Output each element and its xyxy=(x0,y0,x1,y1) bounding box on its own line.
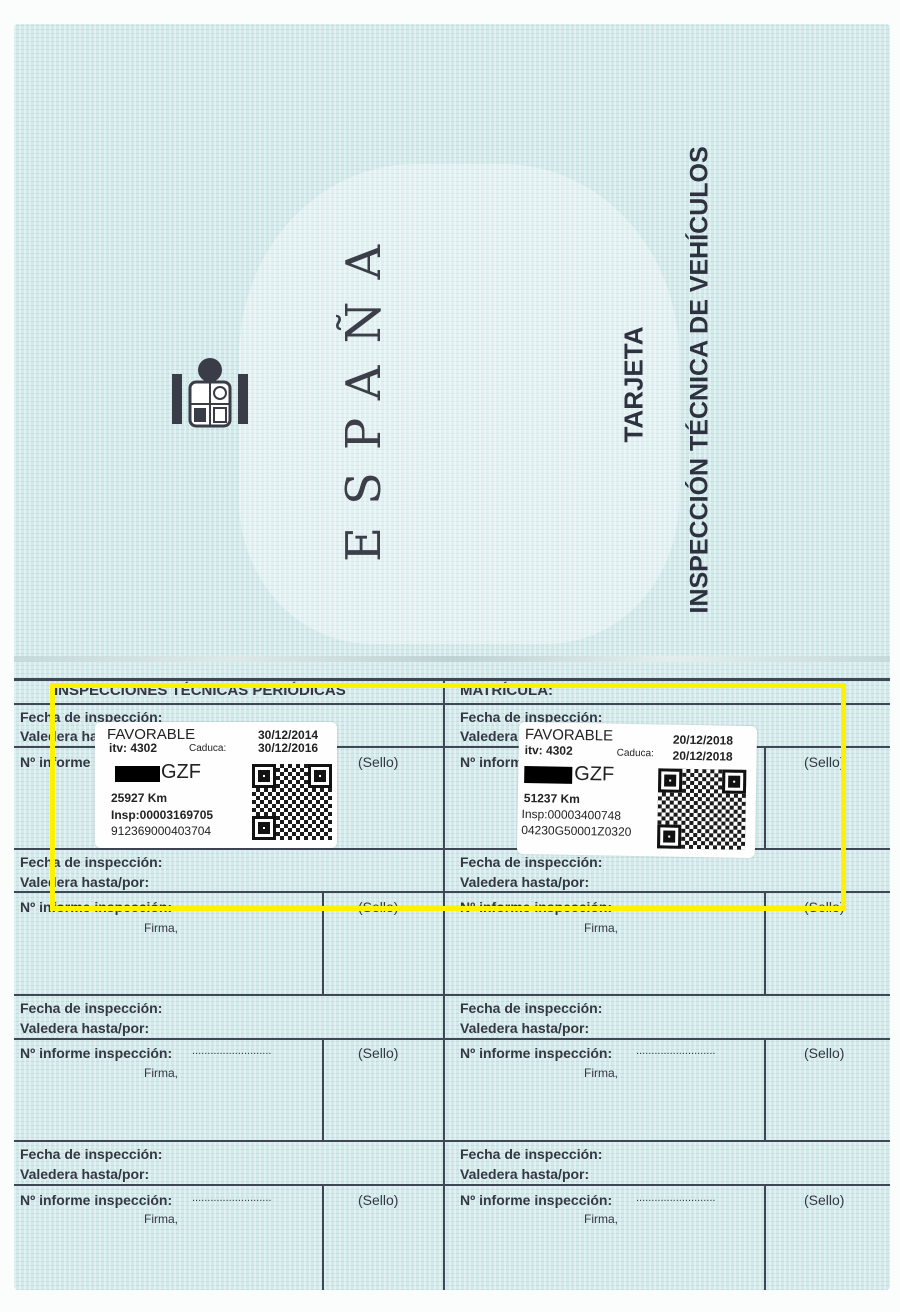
signature-label: Firma, xyxy=(144,1066,178,1080)
itv-card: ESPAÑA TARJETA INSPECCIÓN TÉCNICA DE VEH… xyxy=(14,24,890,1290)
inspection-date-label: Fecha de inspección: xyxy=(460,1000,602,1016)
signature-label: Firma, xyxy=(584,921,618,935)
report-number-label: Nº informe inspección: xyxy=(460,1192,612,1208)
signature-label: Firma, xyxy=(584,1066,618,1080)
signature-label: Firma, xyxy=(144,921,178,935)
report-number-dots: .......................... xyxy=(636,1045,715,1057)
valid-until-label: Valedera hasta/por: xyxy=(20,1166,149,1182)
signature-label: Firma, xyxy=(584,1212,618,1226)
stamp-label: (Sello) xyxy=(804,1192,844,1208)
report-number-dots: .......................... xyxy=(636,1192,715,1204)
valid-until-label: Valedera hasta/por: xyxy=(20,1020,149,1036)
report-number-label: Nº informe inspección: xyxy=(20,1192,172,1208)
inspection-date-label: Fecha de inspección: xyxy=(20,1146,162,1162)
card-cover: ESPAÑA TARJETA INSPECCIÓN TÉCNICA DE VEH… xyxy=(14,24,890,654)
signature-label: Firma, xyxy=(144,1212,178,1226)
stamp-label: (Sello) xyxy=(358,1192,398,1208)
watermark-emblem xyxy=(239,164,679,644)
valid-until-label: Valedera hasta/por: xyxy=(460,1020,589,1036)
highlight-box xyxy=(50,683,846,911)
valid-until-label: Valedera hasta/por: xyxy=(460,1166,589,1182)
inspection-date-label: Fecha de inspección: xyxy=(20,1000,162,1016)
stamp-label: (Sello) xyxy=(358,1045,398,1061)
inspection-date-label: Fecha de inspección: xyxy=(460,1146,602,1162)
card-title: INSPECCIÓN TÉCNICA DE VEHÍCULOS xyxy=(686,154,715,614)
card-word: TARJETA xyxy=(619,285,650,485)
report-number-label: Nº informe inspección: xyxy=(460,1045,612,1061)
fold-crease xyxy=(14,656,890,662)
report-number-dots: .......................... xyxy=(192,1192,271,1204)
country-name: ESPAÑA xyxy=(336,262,392,562)
stamp-label: (Sello) xyxy=(804,1045,844,1061)
report-number-dots: .......................... xyxy=(192,1045,271,1057)
report-number-label: Nº informe inspección: xyxy=(20,1045,172,1061)
coat-of-arms-icon xyxy=(164,354,256,446)
